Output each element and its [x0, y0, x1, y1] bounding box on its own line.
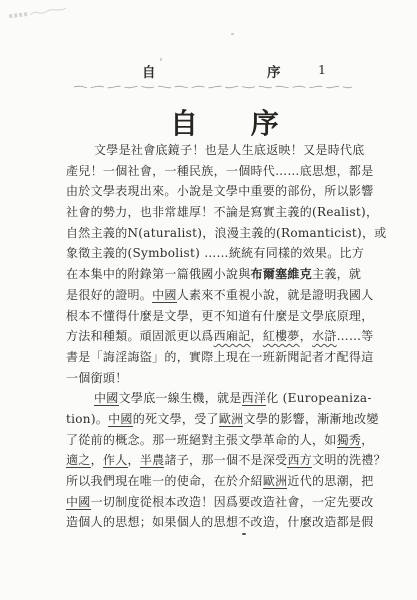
- text-line: 象徵主義的(Symbolist) ……統統有同樣的效果。比方: [66, 243, 396, 264]
- corner-stamp-watermark: [9, 2, 80, 22]
- text-segment: ，: [251, 329, 263, 343]
- chapter-title: 自 序: [170, 102, 279, 142]
- text-segment: ，: [361, 433, 373, 447]
- text-segment: 象徵主義的(Symbolist) ……統統有同樣的效果。比方: [66, 246, 364, 260]
- text-line: 自然主義的N(aturalist)，浪漫主義的(Romanticist)，或: [66, 223, 396, 244]
- text-segment: 一切制度從根本改造！因爲要改造社會，一定先要改: [91, 495, 374, 509]
- text-line: 一個銜頭！: [66, 368, 396, 389]
- text-segment: 根本不懂得什麼是文學，更不知道有什麼是文學底原理，: [66, 309, 374, 323]
- text-segment: 自然主義的N(aturalist)，浪漫主義的(Romanticist)，或: [66, 226, 387, 240]
- text-segment-u: 半農: [140, 453, 165, 468]
- text-segment-w: 水滸: [312, 329, 337, 343]
- text-segment: 造個人的思想；如果個人的思想: [66, 515, 238, 529]
- text-line: 所以我們現在唯一的使命，在於介紹歐洲近代的思潮，把: [66, 471, 396, 492]
- stamp-mark: [9, 14, 12, 18]
- text-segment: 書是「誨淫誨盜」的，實際上現在一班新聞記者才配得這: [66, 350, 374, 364]
- text-segment: 方法和種類。頑固派更以爲: [66, 329, 214, 343]
- text-segment-u: 獨秀: [337, 433, 362, 448]
- chapter-title-char2: 序: [251, 107, 279, 140]
- text-line: 文學是社會底鏡子！也是人生底返映！又是時代底: [66, 140, 396, 161]
- text-segment: 的死文學，受了: [133, 412, 219, 426]
- text-segment-w: 西廂記: [214, 329, 251, 343]
- text-segment: ，: [91, 453, 103, 467]
- text-segment: 主義，就: [312, 267, 361, 281]
- text-line: 造個人的思想；如果個人的思想不改造，什麼改造都是假: [66, 512, 396, 533]
- head-rule: [74, 83, 352, 90]
- text-line: 在本集中的附錄第一篇俄國小說與布爾塞維克主義，就: [66, 264, 396, 285]
- text-segment: 所以我們現在唯一的使命，在於介紹: [66, 474, 263, 488]
- text-segment: 近代的思潮，把: [287, 474, 373, 488]
- text-segment: 一個銜頭！: [66, 371, 128, 385]
- text-segment: 人素來不重視小說，就是證明我國人: [177, 288, 374, 302]
- text-line: 社會的勢力，也非常雄厚！不論是寫實主義的(Realist)，: [66, 202, 396, 223]
- text-segment: 文明的洗禮？: [312, 453, 386, 467]
- text-segment: 諸子，那一個不是深受: [164, 453, 287, 467]
- chapter-title-char1: 自: [170, 107, 198, 140]
- text-segment-u: 適之: [66, 453, 91, 468]
- text-line: 中國文學底一線生機，就是西洋化 (Europeaniza-: [66, 388, 396, 409]
- scan-speck: [231, 33, 234, 35]
- text-segment: ，: [128, 453, 140, 467]
- stamp-mark: [19, 13, 22, 17]
- scanned-book-page: 自 序 1 自 序 文學是社會底鏡子！也是人生底返映！又是時代底產兒！一個社會，…: [0, 0, 417, 600]
- text-segment-u: 西洋: [242, 391, 267, 406]
- stamp-mark: [24, 12, 27, 16]
- text-line: 了從前的概念。那一班絕對主張文學革命的人，如獨秀，: [66, 430, 396, 451]
- text-line: 書是「誨淫誨盜」的，實際上現在一班新聞記者才配得這: [66, 347, 396, 368]
- text-line: 由於文學表現出來。小說是文學中重要的部份，所以影響: [66, 181, 396, 202]
- stamp-squiggle: [29, 5, 68, 18]
- text-segment: 化 (Europeaniza-: [266, 391, 371, 405]
- text-segment-u: 中國: [94, 391, 119, 406]
- text-segment: 在本集中的附錄第一篇俄國小說與: [66, 267, 251, 281]
- text-line: 中國一切制度從根本改造！因爲要改造社會，一定先要改: [66, 492, 396, 513]
- text-segment-u: 中國: [152, 288, 177, 303]
- text-segment-u: 西方: [287, 453, 312, 468]
- text-segment-b: 布爾塞維克: [251, 267, 313, 281]
- text-segment-u: 歐洲: [219, 412, 244, 427]
- text-segment-u: 中國: [66, 495, 91, 510]
- text-segment: 改造，什麼改造都是假: [251, 515, 374, 529]
- text-segment: ，: [300, 329, 312, 343]
- text-segment-em: 不: [238, 512, 250, 533]
- text-line: 產兒！一個社會，一種民族，一個時代……底思想，都是: [66, 161, 396, 182]
- text-segment: 由於文學表現出來。小說是文學中重要的部份，所以影響: [66, 184, 374, 198]
- text-line: tion)。中國的死文學，受了歐洲文學的影響，漸漸地改變: [66, 409, 396, 430]
- running-head-title-right: 序: [267, 61, 281, 81]
- stamp-mark: [14, 13, 17, 17]
- text-segment: 社會的勢力，也非常雄厚！不論是寫實主義的(Realist)，: [66, 205, 378, 219]
- text-line: 適之，作人，半農諸子，那一個不是深受西方文明的洗禮？: [66, 450, 396, 471]
- text-segment: 文學是社會底鏡子！也是人生底返映！又是時代底: [94, 143, 365, 157]
- running-head: 自 序 1: [0, 61, 417, 79]
- text-segment: 文學底一線生機，就是: [119, 391, 242, 405]
- text-line: 方法和種類。頑固派更以爲西廂記，紅樓夢，水滸……等: [66, 326, 396, 347]
- text-segment-w: 紅樓夢: [263, 329, 300, 343]
- text-segment: 是很好的證明。: [66, 288, 152, 302]
- page-number: 1: [318, 62, 326, 77]
- text-line: 根本不懂得什麼是文學，更不知道有什麼是文學底原理，: [66, 306, 396, 327]
- text-segment: tion)。: [66, 412, 108, 426]
- running-head-title-left: 自: [142, 61, 156, 81]
- text-line: 是很好的證明。中國人素來不重視小說，就是證明我國人: [66, 285, 396, 306]
- text-segment-u: 中國: [108, 412, 133, 427]
- body-text: 文學是社會底鏡子！也是人生底返映！又是時代底產兒！一個社會，一種民族，一個時代……: [66, 140, 396, 533]
- text-segment: 文學的影響，漸漸地改變: [243, 412, 378, 426]
- text-segment-u: 歐洲: [263, 474, 288, 489]
- text-segment: ……等: [337, 329, 374, 343]
- text-segment: 產兒！一個社會，一種民族，一個時代……底思想，都是: [66, 164, 374, 178]
- text-segment-u: 作人: [103, 453, 128, 468]
- text-segment: 了從前的概念。那一班絕對主張文學革命的人，如: [66, 433, 337, 447]
